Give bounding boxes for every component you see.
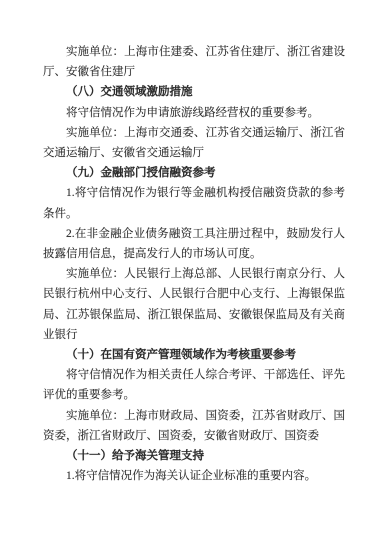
paragraph-tourism-route-reference: 将守信情况作为申请旅游线路经营权的重要参考。 [43, 103, 345, 123]
heading-section-11-customs-support: （十一）给予海关管理支持 [43, 446, 345, 466]
heading-section-9-finance-credit: （九）金融部门授信融资参考 [43, 163, 345, 183]
heading-section-8-transport-incentives: （八）交通领域激励措施 [43, 82, 345, 102]
heading-section-10-state-assets: （十）在国有资产管理领域作为考核重要参考 [43, 345, 345, 365]
paragraph-debt-financing-disclosure: 2.在非金融企业债务融资工具注册过程中，鼓励发行人披露信用信息，提高发行人的市场… [43, 224, 345, 264]
paragraph-credit-loan-reference: 1.将守信情况作为银行等金融机构授信融资贷款的参考条件。 [43, 183, 345, 223]
document-page: 实施单位：上海市住建委、江苏省住建厅、浙江省建设厅、安徽省住建厅 （八）交通领域… [0, 0, 387, 544]
document-body-text: 实施单位：上海市住建委、江苏省住建厅、浙江省建设厅、安徽省住建厅 （八）交通领域… [43, 42, 345, 486]
paragraph-implementing-units-housing: 实施单位：上海市住建委、江苏省住建厅、浙江省建设厅、安徽省住建厅 [43, 42, 345, 82]
paragraph-implementing-units-finance: 实施单位：上海市财政局、国资委，江苏省财政厅、国资委，浙江省财政厅、国资委，安徽… [43, 406, 345, 446]
paragraph-customs-certification: 1.将守信情况作为海关认证企业标准的重要内容。 [43, 466, 345, 486]
paragraph-assessment-reference: 将守信情况作为相关责任人综合考评、干部选任、评先评优的重要参考。 [43, 365, 345, 405]
paragraph-implementing-units-banks: 实施单位：人民银行上海总部、人民银行南京分行、人民银行杭州中心支行、人民银行合肥… [43, 264, 345, 345]
paragraph-implementing-units-transport: 实施单位：上海市交通委、江苏省交通运输厅、浙江省交通运输厅、安徽省交通运输厅 [43, 123, 345, 163]
